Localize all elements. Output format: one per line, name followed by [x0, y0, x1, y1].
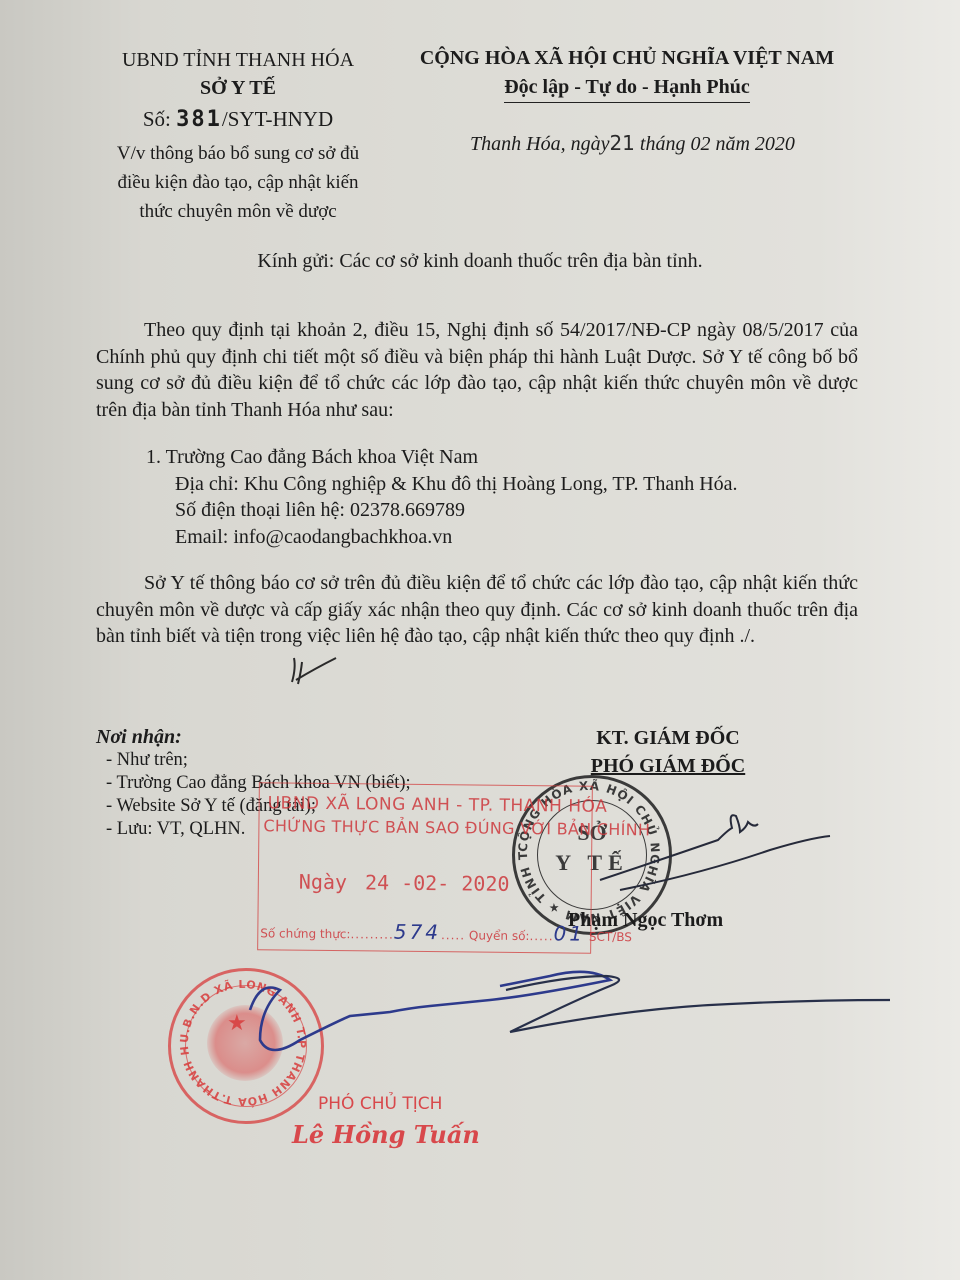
facility-index: 1.: [146, 446, 161, 468]
subject: V/v thông báo bổ sung cơ sở đủ điều kiện…: [88, 139, 388, 226]
stamp-date-label: Ngày: [299, 870, 347, 895]
signer-title-block: KT. GIÁM ĐỐC PHÓ GIÁM ĐỐC: [548, 724, 788, 780]
number-label: Số:: [143, 107, 171, 131]
paragraph-text: Sở Y tế thông báo cơ sở trên đủ điều kiệ…: [96, 572, 858, 647]
document-number: Số: 381/SYT-HNYD: [88, 102, 388, 137]
cert-no-label: Số chứng thực:: [260, 926, 350, 941]
month-label: tháng: [640, 133, 686, 155]
year-label: năm: [715, 133, 749, 155]
stamp-date: Ngày24 -02- 2020: [299, 870, 510, 896]
facility-email: Email: info@caodangbachkhoa.vn: [146, 524, 738, 551]
subject-line: V/v thông báo bổ sung cơ sở đủ: [88, 139, 388, 168]
month-value: 02: [690, 133, 710, 155]
facility-phone: Số điện thoại liên hệ: 02378.669789: [146, 497, 738, 524]
facility-address: Địa chỉ: Khu Công nghiệp & Khu đô thị Ho…: [146, 471, 738, 498]
signer-name: Phạm Ngọc Thơm: [568, 909, 723, 932]
department-name: SỞ Y TẾ: [88, 74, 388, 102]
svg-text:U.B.N.D XÃ LONG ANH T.P THANH: U.B.N.D XÃ LONG ANH T.P THANH HÓA T.THAN…: [168, 968, 308, 1108]
number-handwritten: 381: [176, 107, 222, 132]
country-name: CỘNG HÒA XÃ HỘI CHỦ NGHĨA VIỆT NAM: [392, 44, 862, 72]
stamp-certification-text: CHỨNG THỰC BẢN SAO ĐÚNG VỚI BẢN CHÍNH: [263, 816, 650, 839]
commune-signer-title: PHÓ CHỦ TỊCH: [318, 1094, 442, 1114]
subject-line: thức chuyên môn về dược: [88, 197, 388, 226]
distribution-item: - Như trên;: [96, 749, 411, 772]
cert-no-handwritten: 574: [394, 920, 441, 944]
year-value: 2020: [755, 133, 795, 155]
initials-mark: [292, 658, 336, 684]
body-paragraph-1: Theo quy định tại khoản 2, điều 15, Nghị…: [96, 317, 858, 423]
stamp-authority: UBND XÃ LONG ANH - TP. THANH HÓA: [268, 793, 608, 817]
facility-name: Trường Cao đẳng Bách khoa Việt Nam: [166, 446, 478, 468]
recipient-line: Kính gửi: Các cơ sở kinh doanh thuốc trê…: [0, 250, 960, 273]
seal-ring-text: U.B.N.D XÃ LONG ANH T.P THANH HÓA T.THAN…: [168, 968, 318, 1118]
distribution-heading: Nơi nhận:: [96, 726, 411, 749]
issuing-authority-block: UBND TỈNH THANH HÓA SỞ Y TẾ Số: 381/SYT-…: [88, 46, 388, 226]
paragraph-text: Theo quy định tại khoản 2, điều 15, Nghị…: [96, 319, 858, 421]
stamp-date-value: 24 -02- 2020: [365, 870, 510, 896]
date-day-handwritten: 21: [609, 131, 634, 155]
document-page: UBND TỈNH THANH HÓA SỞ Y TẾ Số: 381/SYT-…: [0, 0, 960, 1280]
motto: Độc lập - Tự do - Hạnh Phúc: [504, 72, 750, 103]
book-no-label: Quyển số:: [469, 928, 530, 943]
date-prefix: Thanh Hóa, ngày: [470, 133, 609, 155]
long-signature-stroke: [506, 976, 890, 1032]
authority-name: UBND TỈNH THANH HÓA: [88, 46, 388, 74]
commune-signer-name: Lê Hồng Tuấn: [292, 1120, 480, 1149]
subject-line: điều kiện đào tạo, cập nhật kiến: [88, 168, 388, 197]
number-suffix: /SYT-HNYD: [222, 107, 333, 131]
certification-stamp: UBND XÃ LONG ANH - TP. THANH HÓA CHỨNG T…: [257, 782, 593, 953]
commune-seal: ★ U.B.N.D XÃ LONG ANH T.P THANH HÓA T.TH…: [168, 968, 324, 1124]
body-paragraph-2: Sở Y tế thông báo cơ sở trên đủ điều kiệ…: [96, 570, 858, 650]
national-header-block: CỘNG HÒA XÃ HỘI CHỦ NGHĨA VIỆT NAM Độc l…: [392, 44, 862, 103]
signer-line-1: KT. GIÁM ĐỐC: [548, 724, 788, 752]
place-date: Thanh Hóa, ngày21 tháng 02 năm 2020: [470, 131, 795, 156]
facility-item: 1. Trường Cao đẳng Bách khoa Việt Nam: [146, 444, 738, 471]
facility-list: 1. Trường Cao đẳng Bách khoa Việt Nam Đị…: [146, 444, 738, 550]
